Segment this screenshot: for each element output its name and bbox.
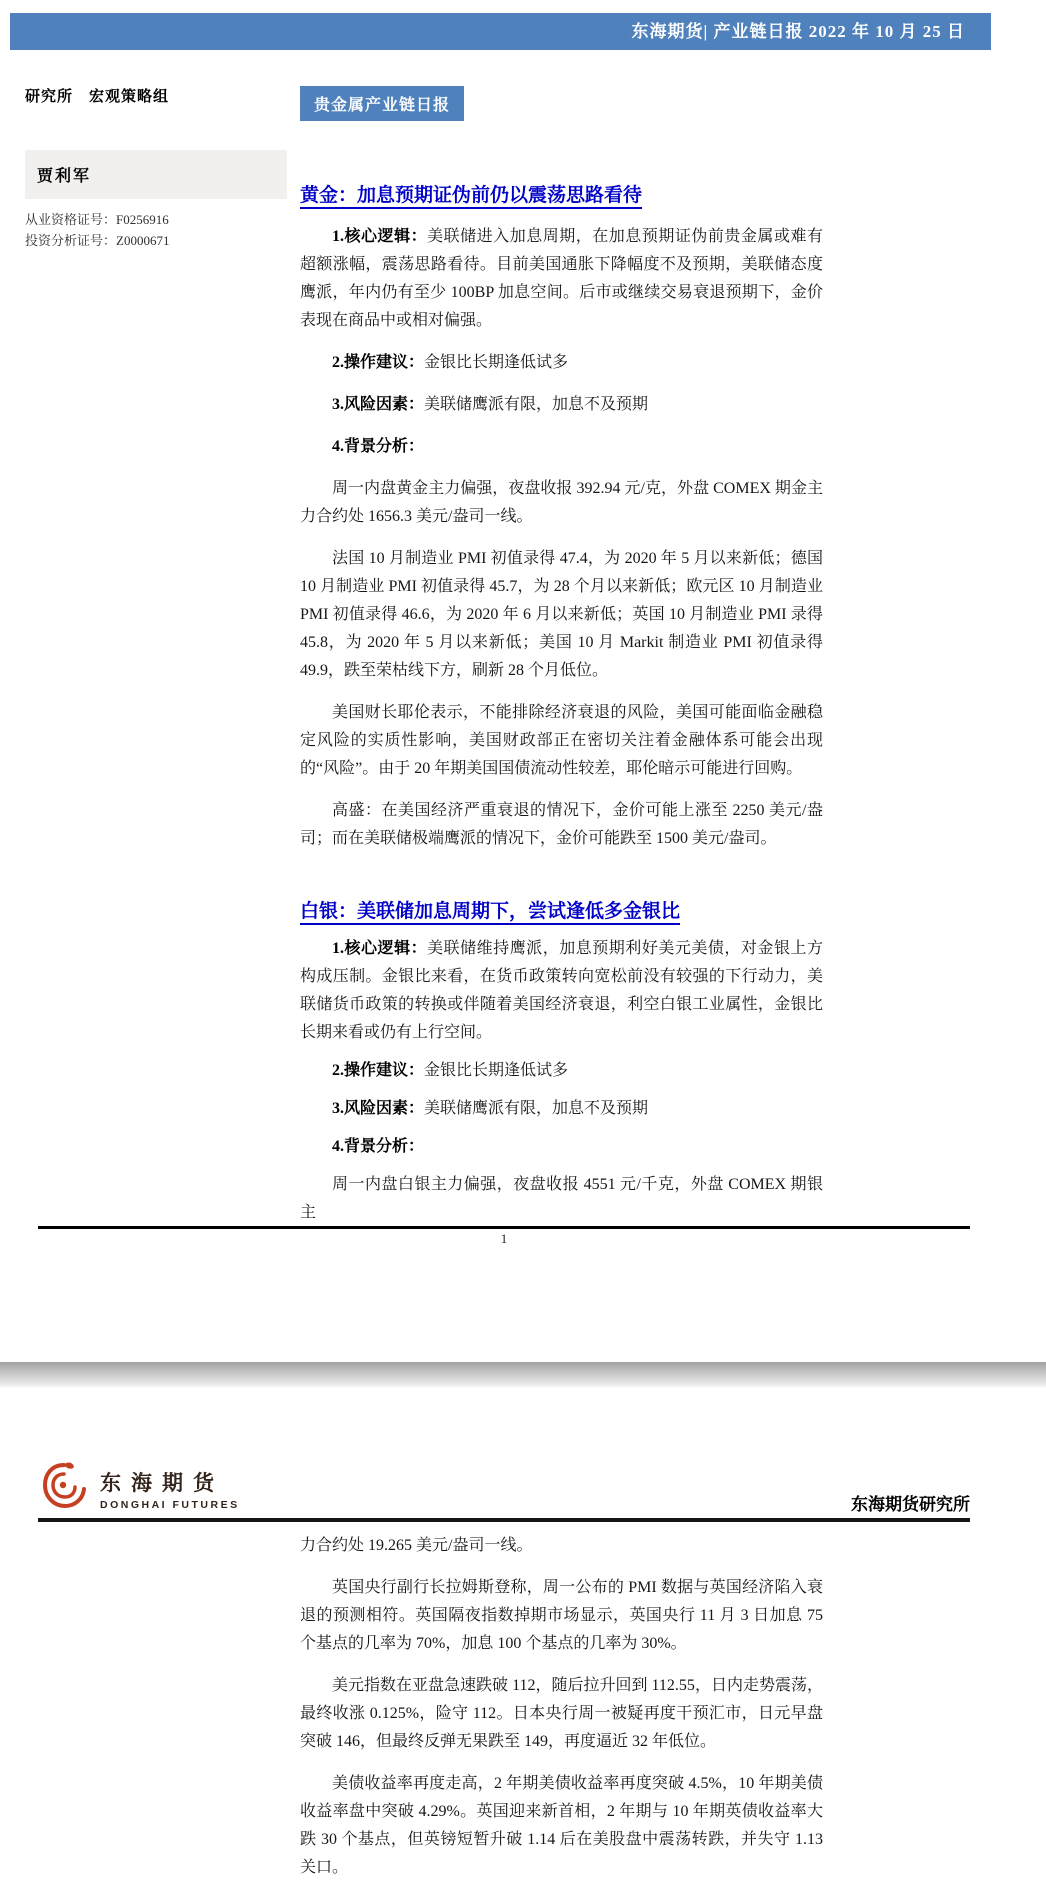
gold-paragraph: 高盛：在美国经济严重衰退的情况下，金价可能上涨至 2250 美元/盎司；而在美联… <box>300 797 823 853</box>
logo-en-label: DONGHAI FUTURES <box>100 1499 240 1511</box>
donghai-futures-logo: 东海期货 DONGHAI FUTURES <box>38 1460 240 1517</box>
page2-header-rule <box>38 1518 970 1522</box>
gold-item-2: 2.操作建议：金银比长期逢低试多 <box>300 349 823 377</box>
section-gold: 黄金：加息预期证伪前仍以震荡思路看待 1.核心逻辑：美联储进入加息周期，在加息预… <box>300 183 823 853</box>
gold-item-4: 4.背景分析： <box>300 433 823 461</box>
department-label: 研究所 宏观策略组 <box>25 85 287 106</box>
sidebar: 研究所 宏观策略组 贾利军 从业资格证号：F0256916 投资分析证号：Z00… <box>25 85 287 251</box>
analyst-box: 贾利军 <box>25 150 287 199</box>
silver-item-4: 4.背景分析： <box>300 1133 823 1161</box>
page2-paragraph: 英国央行副行长拉姆斯登称，周一公布的 PMI 数据与英国经济陷入衰退的预测相符。… <box>300 1574 823 1658</box>
certificates: 从业资格证号：F0256916 投资分析证号：Z0000671 <box>25 209 287 251</box>
logo-text: 东海期货 DONGHAI FUTURES <box>100 1467 240 1511</box>
page2-paragraph: 美债收益率再度走高，2 年期美债收益率再度突破 4.5%，10 年期美债收益率盘… <box>300 1770 823 1882</box>
page2-paragraph: 力合约处 19.265 美元/盎司一线。 <box>300 1532 823 1560</box>
gold-paragraph: 周一内盘黄金主力偏强，夜盘收报 392.94 元/克，外盘 COMEX 期金主力… <box>300 475 823 531</box>
banner-title: 东海期货| 产业链日报 2022 年 10 月 25 日 <box>632 22 966 41</box>
page-1: 东海期货| 产业链日报 2022 年 10 月 25 日 研究所 宏观策略组 贾… <box>0 0 1046 1362</box>
page-number: 1 <box>38 1229 970 1249</box>
page2-body: 力合约处 19.265 美元/盎司一线。 英国央行副行长拉姆斯登称，周一公布的 … <box>300 1532 823 1882</box>
gold-heading: 黄金：加息预期证伪前仍以震荡思路看待 <box>300 183 823 209</box>
silver-item-1: 1.核心逻辑：美联储维持鹰派，加息预期利好美元美债，对金银上方构成压制。金银比来… <box>300 935 823 1047</box>
report-badge: 贵金属产业链日报 <box>300 86 464 121</box>
pdf-viewport: 东海期货| 产业链日报 2022 年 10 月 25 日 研究所 宏观策略组 贾… <box>0 0 1046 1896</box>
gold-paragraph: 法国 10 月制造业 PMI 初值录得 47.4，为 2020 年 5 月以来新… <box>300 545 823 685</box>
cert-line-1: 从业资格证号：F0256916 <box>25 209 287 230</box>
page2-paragraph: 美元指数在亚盘急速跌破 112，随后拉升回到 112.55，日内走势震荡，最终收… <box>300 1672 823 1756</box>
gold-paragraph: 美国财长耶伦表示，不能排除经济衰退的风险，美国可能面临金融稳定风险的实质性影响，… <box>300 699 823 783</box>
analyst-name: 贾利军 <box>37 163 275 186</box>
section-silver: 白银：美联储加息周期下，尝试逢低多金银比 1.核心逻辑：美联储维持鹰派，加息预期… <box>300 899 823 1227</box>
page1-footer: 1 <box>38 1226 970 1249</box>
institute-label: 东海期货研究所 <box>851 1490 970 1515</box>
dragon-logo-icon <box>38 1460 90 1517</box>
cert-line-2: 投资分析证号：Z0000671 <box>25 230 287 251</box>
page-2: 东海期货 DONGHAI FUTURES 东海期货研究所 力合约处 19.265… <box>0 1388 1046 1896</box>
gold-item-3: 3.风险因素：美联储鹰派有限，加息不及预期 <box>300 391 823 419</box>
silver-item-2: 2.操作建议：金银比长期逢低试多 <box>300 1057 823 1085</box>
gold-item-1: 1.核心逻辑：美联储进入加息周期，在加息预期证伪前贵金属或难有超额涨幅，震荡思路… <box>300 223 823 335</box>
silver-paragraph: 周一内盘白银主力偏强，夜盘收报 4551 元/千克，外盘 COMEX 期银主 <box>300 1171 823 1227</box>
logo-cn-label: 东海期货 <box>100 1467 240 1497</box>
page-separator <box>0 1362 1046 1387</box>
silver-item-3: 3.风险因素：美联储鹰派有限，加息不及预期 <box>300 1095 823 1123</box>
silver-heading: 白银：美联储加息周期下，尝试逢低多金银比 <box>300 899 823 925</box>
report-body: 黄金：加息预期证伪前仍以震荡思路看待 1.核心逻辑：美联储进入加息周期，在加息预… <box>300 150 823 1227</box>
report-banner: 东海期货| 产业链日报 2022 年 10 月 25 日 <box>10 13 991 50</box>
